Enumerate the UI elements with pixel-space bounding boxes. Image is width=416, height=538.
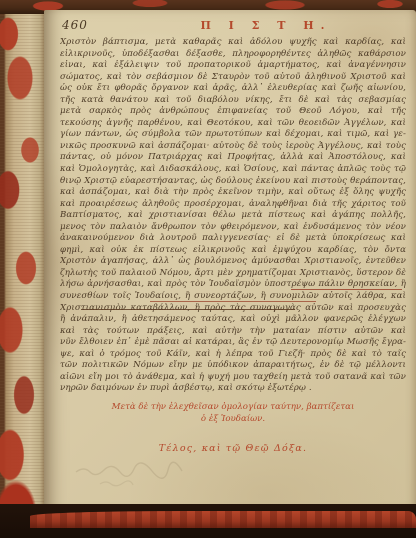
text-line: γίων πάντων, ὡς σύμβολα τῶν πρωτοτύπων κ… [60,129,406,141]
page-number: 460 [62,18,88,32]
text-line: θινῷ Χριστῷ εὐαρεστήσαντας, ὡς δούλους ἐ… [60,176,406,188]
text-line: τῆς κατὰ θανάτου καὶ τοῦ διαβόλου νίκης,… [60,95,406,107]
book-page-scan: 460 Π Ι Σ Τ Η. Χριστὸν βάπτισμα, μετὰ κα… [0,0,416,538]
text-line: ἀνακαινούμενον διὰ λουτροῦ παλιγγενεσίας… [60,233,406,245]
text-line: μετὰ σαρκὸς πρὸς ἀνθρώπους ἐπιφανείας το… [60,106,406,118]
marbled-page-edges-left [0,0,46,538]
text-line: σώματος, καὶ τὸν σεβάσμιον δὲ Σταυρὸν το… [60,72,406,84]
text-line: νῦν ἔλθοιεν ἐπ᾽ ἐμὲ πᾶσαι αἱ κατάραι, ἃς… [60,337,406,349]
colophon: Τέλος, καὶ τῷ Θεῷ Δόξα. [60,443,406,454]
text-line: νηρῶν δαιμόνων ἐν πυρὶ ἀσβέστῳ, καὶ σκότ… [60,383,406,395]
text-line: Χριστιανισμὸν καταβάλλων, ἢ πρὸς τὰς συν… [60,303,406,315]
text-line: καὶ προαιρέσεως ἀληθοῦς προσέρχομαι, ἀνα… [60,199,406,211]
text-line: Βαπτίσματος, καὶ χριστιανίσαι θέλω μετὰ … [60,210,406,222]
text-line: ψε, καὶ ὁ τρόμος τοῦ Κάϊν, καὶ ἡ λέπρα τ… [60,349,406,361]
faint-handwriting-smudge [72,460,202,494]
body-text: Χριστὸν βάπτισμα, μετὰ καθαρᾶς καὶ ἀδόλο… [60,37,406,395]
rubric-line-1: Μετὰ δὲ τὴν ἐλεχθεῖσαν ὁμολογίαν ταύτην,… [60,401,406,413]
text-line: φημὶ, καὶ οὐκ ἐκ πίστεως εἰλικρινοῦς καὶ… [60,245,406,257]
text-line: εἶναι, καὶ ἐξάλειψιν τοῦ προπατορικοῦ ἁμ… [60,60,406,72]
text-line: αἰῶνι εἴη μοι τὸ ἀνάθεμα, καὶ ἡ ψυχή μου… [60,372,406,384]
text-line: εἰλικρινοῦς, ὑποδέξασθαι δέξασθε, πληροφ… [60,49,406,61]
text-line: Χριστὸν βάπτισμα, μετὰ καθαρᾶς καὶ ἀδόλο… [60,37,406,49]
text-line: ἢ ἀνάπαλιν, ἢ ἀθετησάμενος ταύτας, καὶ ο… [60,314,406,326]
text-line: πάντας, οὐ μόνον Πατριάρχας καὶ Προφήτας… [60,152,406,164]
text-line: Χριστὸν ἀγαπήσας, ἀλλ᾽ ὡς βουλόμενος ἀμύ… [60,256,406,268]
text-line: λήσω ἀρνήσασθαι, καὶ πρὸς τὸν Ἰουδαϊσμὸν… [60,279,406,291]
text-line: καὶ Ὁμολογητὰς, καὶ Διδασκάλους, καὶ Ὁσί… [60,164,406,176]
text-line: συνεσθίων τοῖς Ἰουδαίοις, ἢ συνεορτάζων,… [60,291,406,303]
text-line: ζηλωτὴς τοῦ παλαιοῦ Νόμου, ἄρτι μὲν χρημ… [60,268,406,280]
rubric-line-2: ὁ ἐξ Ἰουδαίων. [60,413,406,425]
text-line: μενος τὸν παλαιὸν ἄνθρωπον τὸν φθειρόμεν… [60,222,406,234]
text-line: τῶν πολιτικῶν Νόμων εἴην με ὑπόδικον ἀπα… [60,360,406,372]
text-line: τεκούσης ἁγνῆς παρθένου, καὶ Θεοτόκου, κ… [60,118,406,130]
running-header: Π Ι Σ Τ Η. [196,19,336,32]
red-painted-edge-bottom [30,511,416,528]
text-line: νικῶς προσκυνῶ καὶ ἀσπάζομαι· αὐτοὺς δὲ … [60,141,406,153]
text-line: καὶ τὰς τούτων πράξεις, καὶ αὐτὴν τὴν μα… [60,326,406,338]
text-line: καὶ ἀσπάζομαι, καὶ διὰ τὴν πρὸς ἐκεῖνον … [60,187,406,199]
text-line: ὡς οὐκ ἔτι φθορᾶς ὄργανον καὶ ἀρᾶς, ἀλλ᾽… [60,83,406,95]
